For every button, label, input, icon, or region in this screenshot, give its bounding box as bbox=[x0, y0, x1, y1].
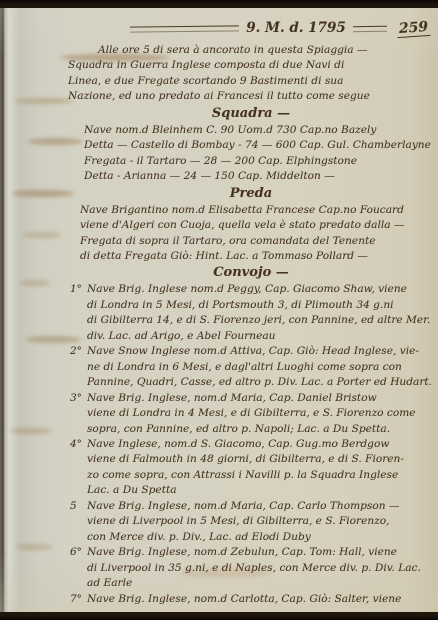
stain bbox=[16, 544, 52, 550]
manuscript-line: di Liverpool in 35 g.ni, e di Naples, co… bbox=[87, 561, 434, 576]
manuscript-line: Nave Brig. Inglese nom.d Peggy, Cap. Gia… bbox=[87, 282, 434, 297]
manuscript-line: Nave Brigantino nom.d Elisabetta Frances… bbox=[80, 203, 434, 218]
manuscript-line: di Gibilterra 14, e di S. Fiorenzo jeri,… bbox=[87, 313, 434, 328]
manuscript-line: di Londra in 5 Mesi, di Portsmouth 3, di… bbox=[87, 298, 434, 313]
stain bbox=[12, 190, 74, 197]
manuscript-line: Nave Inglese, nom.d S. Giacomo, Cap. Gug… bbox=[87, 437, 434, 452]
entry-number: 5 bbox=[70, 499, 77, 514]
manuscript-line: Nave Brig. Inglese, nom.d Carlotta, Cap.… bbox=[87, 592, 434, 607]
manuscript-text-column: 9. M. d. 1795 259 Alle ore 5 di sera à a… bbox=[68, 18, 434, 607]
section-title-preda: Preda bbox=[68, 186, 434, 202]
entry-number: 4° bbox=[70, 437, 82, 452]
stain bbox=[20, 280, 50, 286]
convoy-entry: 2° Nave Snow Inglese nom.d Attiva, Cap. … bbox=[68, 344, 434, 390]
ship-row: Detta — Castello di Bombay - 74 — 600 Ca… bbox=[84, 138, 434, 153]
manuscript-line: sopra, con Pannine, ed altro p. Napoli; … bbox=[87, 422, 434, 437]
manuscript-scan: 9. M. d. 1795 259 Alle ore 5 di sera à a… bbox=[0, 0, 438, 620]
manuscript-line: Nave Brig. Inglese, nom.d Maria, Cap. Ca… bbox=[87, 499, 434, 514]
scan-border-bottom bbox=[0, 612, 438, 620]
manuscript-line: viene di Falmouth in 48 giorni, di Gibil… bbox=[87, 452, 434, 467]
header-rule-right bbox=[353, 26, 387, 33]
manuscript-line: Nazione, ed uno predato ai Francesi il t… bbox=[68, 89, 434, 104]
manuscript-line: Pannine, Quadri, Casse, ed altro p. Div.… bbox=[87, 375, 434, 390]
manuscript-line: ad Earle bbox=[87, 576, 434, 591]
paper-page: 9. M. d. 1795 259 Alle ore 5 di sera à a… bbox=[0, 8, 438, 612]
manuscript-line: Squadra in Guerra Inglese composta di du… bbox=[68, 58, 434, 73]
manuscript-line: Nave Snow Inglese nom.d Attiva, Cap. Giò… bbox=[87, 344, 434, 359]
manuscript-line: di detta Fregata Giò: Hint. Lac. a Tomma… bbox=[80, 249, 434, 264]
section-title-convojo: Convojo — bbox=[68, 265, 434, 281]
convoy-entry: 7° Nave Brig. Inglese, nom.d Carlotta, C… bbox=[68, 592, 434, 607]
manuscript-line: Linea, e due Fregate scortando 9 Bastime… bbox=[68, 74, 434, 89]
manuscript-line: viene d'Algeri con Cuoja, quella vela è … bbox=[80, 218, 434, 233]
stain bbox=[22, 232, 62, 238]
convoy-entry: 6° Nave Brig. Inglese, nom.d Zebulun, Ca… bbox=[68, 545, 434, 591]
manuscript-line: ne di Londra in 6 Mesi, e dagl'altri Luo… bbox=[87, 360, 434, 375]
entry-number: 2° bbox=[70, 344, 82, 359]
convoy-entry: 1° Nave Brig. Inglese nom.d Peggy, Cap. … bbox=[68, 282, 434, 344]
squadra-list: Nave nom.d Bleinhem C. 90 Uom.d 730 Cap.… bbox=[68, 123, 434, 185]
stain bbox=[10, 428, 52, 434]
page-number: 259 bbox=[396, 20, 430, 39]
section-title-squadra: Squadra — bbox=[68, 106, 434, 122]
preda-paragraph: Nave Brigantino nom.d Elisabetta Frances… bbox=[68, 203, 434, 265]
manuscript-line: Nave Brig. Inglese, nom.d Maria, Cap. Da… bbox=[87, 391, 434, 406]
intro-paragraph: Alle ore 5 di sera à ancorato in questa … bbox=[68, 43, 434, 105]
entry-number: 7° bbox=[70, 592, 82, 607]
header-date: 9. M. d. 1795 bbox=[246, 21, 346, 36]
stain bbox=[14, 98, 74, 104]
manuscript-line: div. Lac. ad Arigo, e Abel Fourneau bbox=[87, 329, 434, 344]
convoy-entry: 3° Nave Brig. Inglese, nom.d Maria, Cap.… bbox=[68, 391, 434, 437]
manuscript-line: viene di Londra in 4 Mesi, e di Gibilter… bbox=[87, 406, 434, 421]
manuscript-line: viene di Liverpool in 5 Mesi, di Gibilte… bbox=[87, 514, 434, 529]
entry-number: 6° bbox=[70, 545, 82, 560]
entry-number: 1° bbox=[70, 282, 82, 297]
manuscript-line: Lac. a Du Spetta bbox=[87, 483, 434, 498]
manuscript-line: Nave Brig. Inglese, nom.d Zebulun, Cap. … bbox=[87, 545, 434, 560]
manuscript-line: Fregata di sopra il Tartaro, ora comanda… bbox=[80, 234, 434, 249]
ship-row: Detta - Arianna — 24 — 150 Cap. Middelto… bbox=[84, 169, 434, 184]
convoy-entry: 4° Nave Inglese, nom.d S. Giacomo, Cap. … bbox=[68, 437, 434, 499]
ship-row: Nave nom.d Bleinhem C. 90 Uom.d 730 Cap.… bbox=[84, 123, 434, 138]
convoy-entry: 5 Nave Brig. Inglese, nom.d Maria, Cap. … bbox=[68, 499, 434, 545]
scan-border-top bbox=[0, 0, 438, 8]
page-header: 9. M. d. 1795 259 bbox=[68, 19, 434, 39]
manuscript-line: con Merce div. p. Div., Lac. ad Elodi Du… bbox=[87, 530, 434, 545]
header-rule-left bbox=[130, 25, 239, 32]
entry-number: 3° bbox=[70, 391, 82, 406]
ship-row: Fregata - il Tartaro — 28 — 200 Cap. Elp… bbox=[84, 154, 434, 169]
manuscript-line: zo come sopra, con Attrassi i Navilli p.… bbox=[87, 468, 434, 483]
manuscript-line: Alle ore 5 di sera à ancorato in questa … bbox=[68, 43, 434, 58]
